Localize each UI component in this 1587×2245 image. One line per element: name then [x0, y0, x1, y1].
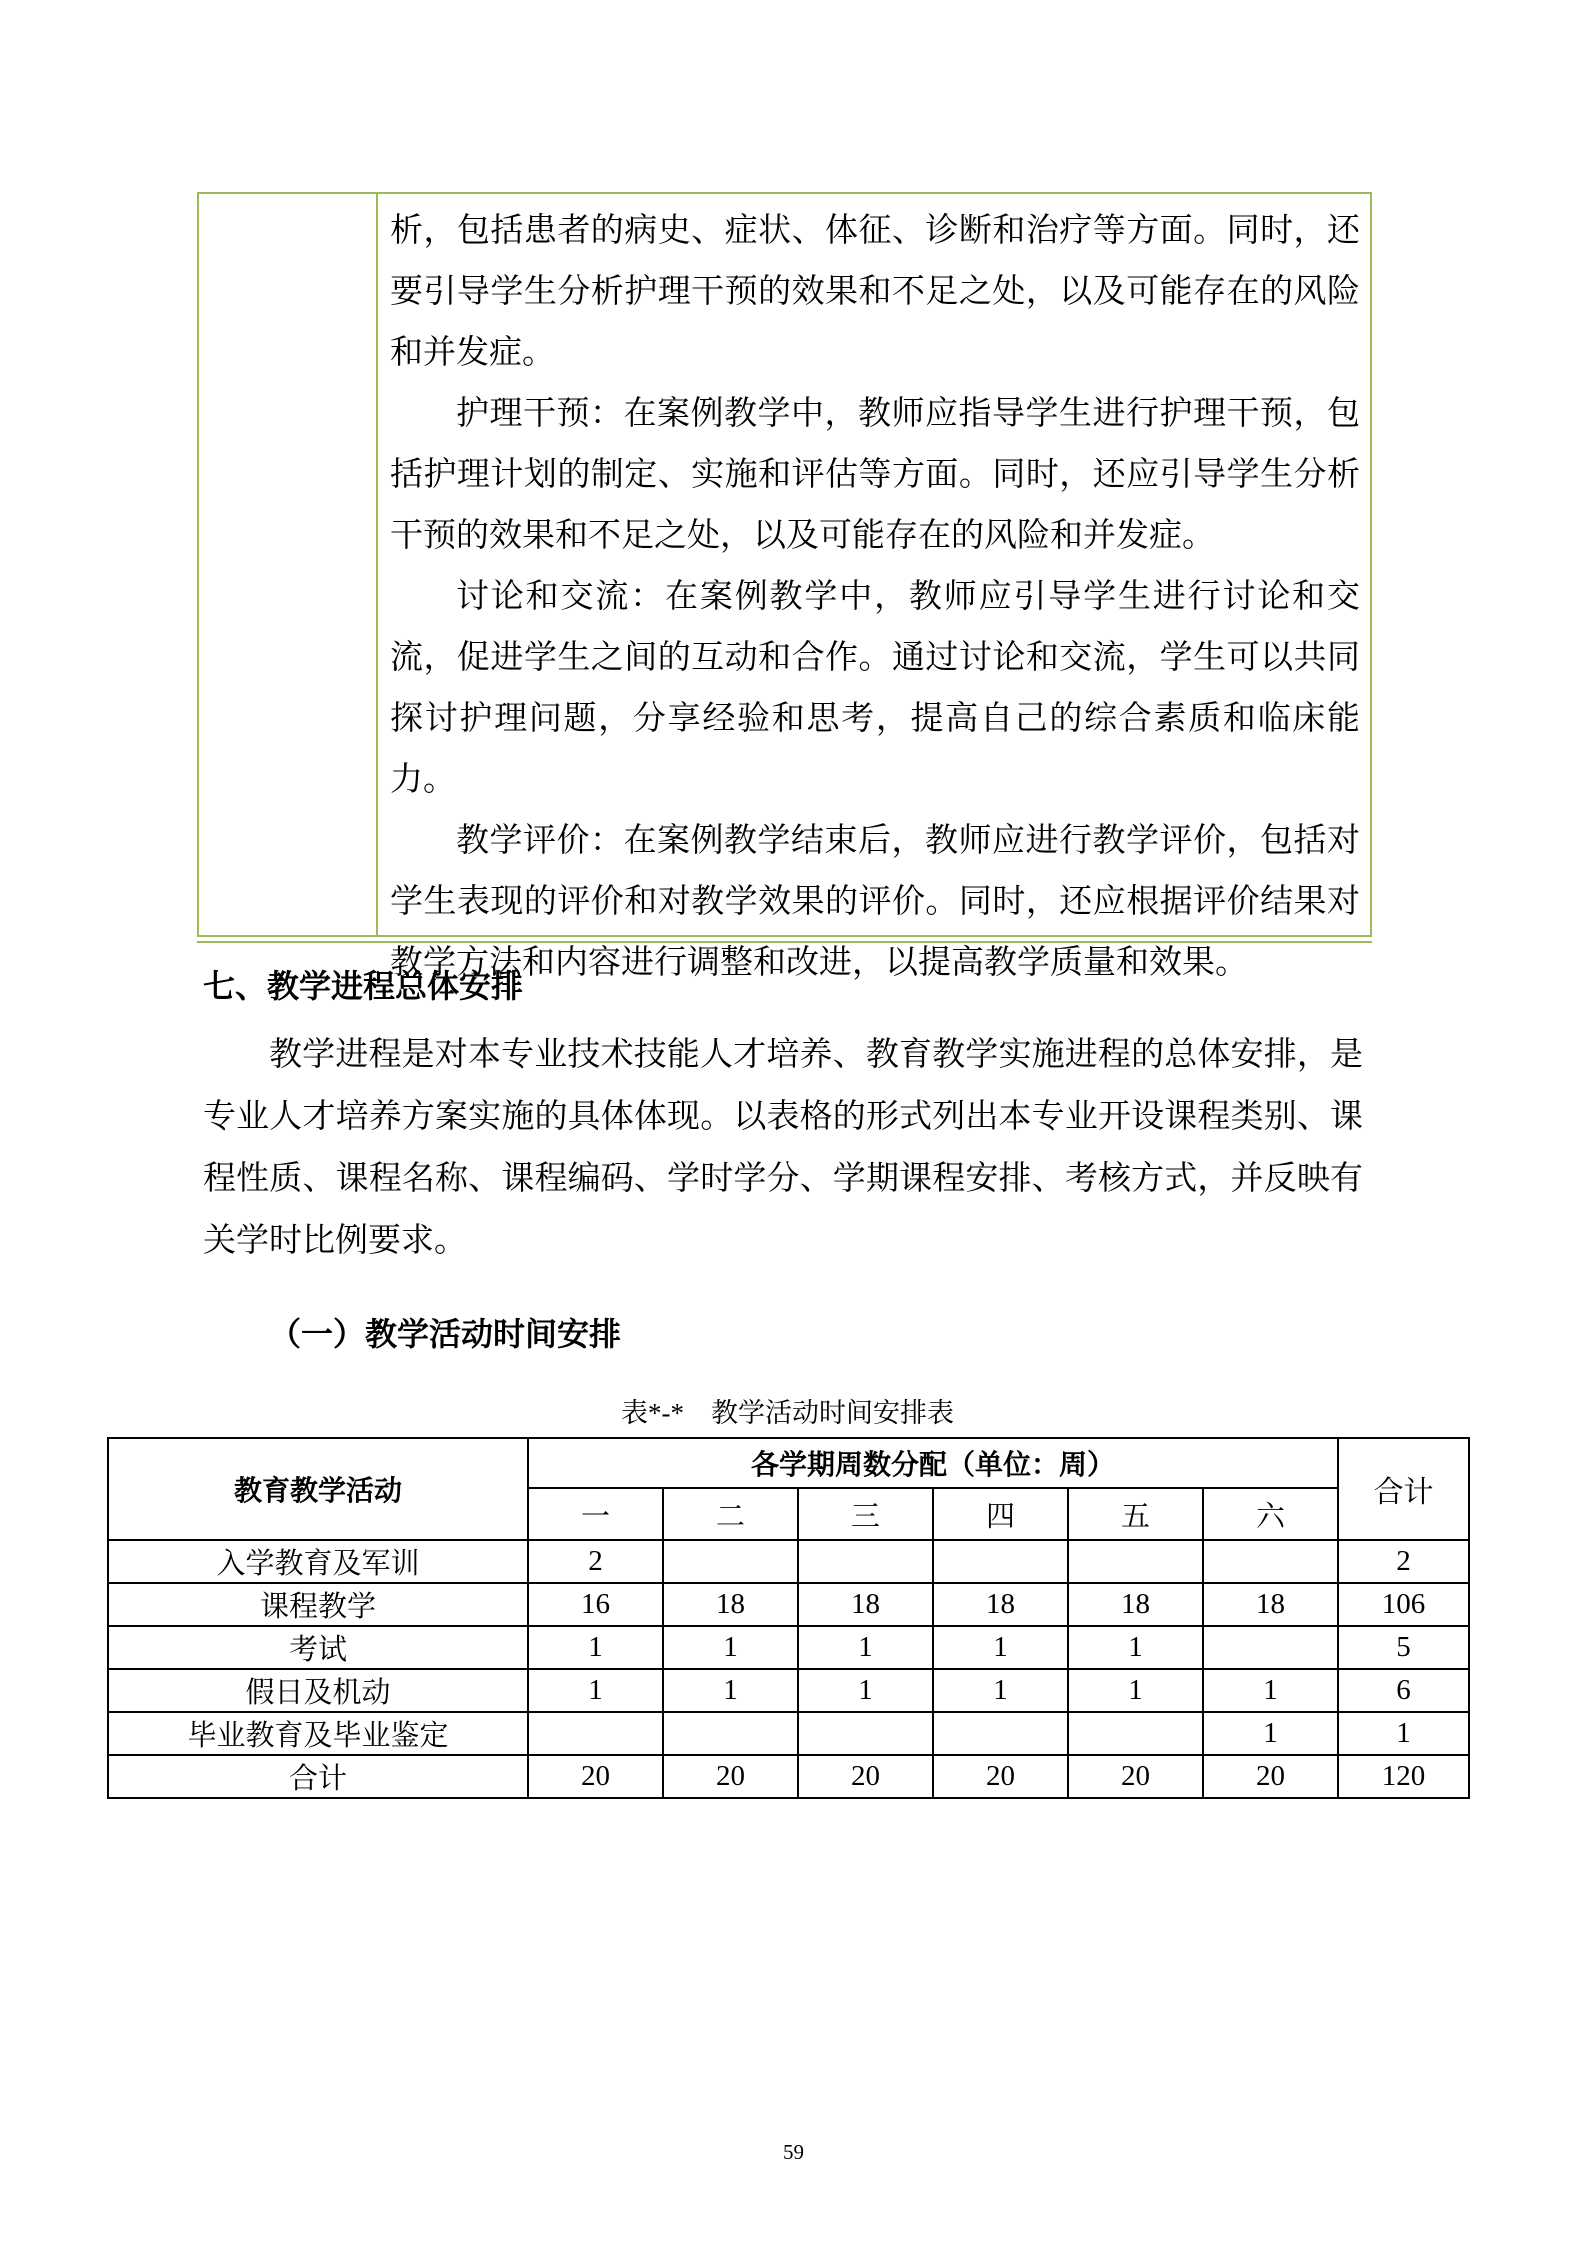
cell: 18 — [663, 1583, 798, 1626]
header-activity: 教育教学活动 — [108, 1438, 528, 1540]
cell: 20 — [528, 1755, 663, 1798]
header-semester-2: 二 — [663, 1488, 798, 1540]
header-semester-6: 六 — [1203, 1488, 1338, 1540]
header-semester-5: 五 — [1068, 1488, 1203, 1540]
row-total: 5 — [1338, 1626, 1469, 1669]
row-label: 课程教学 — [108, 1583, 528, 1626]
schedule-table: 教育教学活动 各学期周数分配（单位：周） 合计 一 二 三 四 五 六 入学教育… — [107, 1437, 1470, 1799]
cell: 1 — [933, 1626, 1068, 1669]
cell: 16 — [528, 1583, 663, 1626]
cell: 20 — [798, 1755, 933, 1798]
row-total: 120 — [1338, 1755, 1469, 1798]
cell: 1 — [1203, 1669, 1338, 1712]
cell — [663, 1712, 798, 1755]
section-heading: 七、教学进程总体安排 — [203, 964, 523, 1008]
cell: 1 — [798, 1626, 933, 1669]
table-row: 入学教育及军训 2 2 — [108, 1540, 1469, 1583]
row-total: 1 — [1338, 1712, 1469, 1755]
table-header-row-1: 教育教学活动 各学期周数分配（单位：周） 合计 — [108, 1438, 1469, 1488]
cell: 1 — [1068, 1669, 1203, 1712]
row-total: 106 — [1338, 1583, 1469, 1626]
cell: 18 — [798, 1583, 933, 1626]
page-number: 59 — [0, 2140, 1587, 2165]
cell: 1 — [1068, 1626, 1203, 1669]
cell — [798, 1712, 933, 1755]
cell — [1203, 1540, 1338, 1583]
case-teaching-table-fragment: 析，包括患者的病史、症状、体征、诊断和治疗等方面。同时，还要引导学生分析护理干预… — [197, 192, 1372, 937]
header-total: 合计 — [1338, 1438, 1469, 1540]
row-label: 合计 — [108, 1755, 528, 1798]
cell: 18 — [1203, 1583, 1338, 1626]
cell — [933, 1540, 1068, 1583]
section-body-paragraph: 教学进程是对本专业技术技能人才培养、教育教学实施进程的总体安排，是专业人才培养方… — [203, 1024, 1363, 1272]
table-row: 课程教学 16 18 18 18 18 18 106 — [108, 1583, 1469, 1626]
table-caption: 表*-* 教学活动时间安排表 — [107, 1396, 1468, 1430]
cell: 18 — [1068, 1583, 1203, 1626]
cell: 20 — [663, 1755, 798, 1798]
cell: 1 — [1203, 1712, 1338, 1755]
cell — [528, 1712, 663, 1755]
cell: 1 — [528, 1669, 663, 1712]
table-row: 考试 1 1 1 1 1 5 — [108, 1626, 1469, 1669]
box-paragraph-analysis: 析，包括患者的病史、症状、体征、诊断和治疗等方面。同时，还要引导学生分析护理干预… — [390, 201, 1360, 384]
cell: 20 — [1068, 1755, 1203, 1798]
header-semester-3: 三 — [798, 1488, 933, 1540]
cell — [1068, 1540, 1203, 1583]
row-total: 2 — [1338, 1540, 1469, 1583]
cell: 1 — [933, 1669, 1068, 1712]
cell: 20 — [933, 1755, 1068, 1798]
cell — [933, 1712, 1068, 1755]
subsection-heading: （一）教学活动时间安排 — [269, 1312, 621, 1356]
box-paragraph-nursing-intervention: 护理干预：在案例教学中，教师应指导学生进行护理干预，包括护理计划的制定、实施和评… — [390, 384, 1360, 567]
cell: 1 — [663, 1626, 798, 1669]
cell — [798, 1540, 933, 1583]
box-paragraph-discussion-exchange: 讨论和交流：在案例教学中，教师应引导学生进行讨论和交流，促进学生之间的互动和合作… — [390, 567, 1360, 811]
row-label: 毕业教育及毕业鉴定 — [108, 1712, 528, 1755]
table-fragment-column-divider — [376, 194, 378, 935]
cell: 1 — [528, 1626, 663, 1669]
cell: 1 — [798, 1669, 933, 1712]
cell: 1 — [663, 1669, 798, 1712]
table-row-totals: 合计 20 20 20 20 20 20 120 — [108, 1755, 1469, 1798]
row-label: 入学教育及军训 — [108, 1540, 528, 1583]
header-weeks-per-semester: 各学期周数分配（单位：周） — [528, 1438, 1338, 1488]
row-label: 假日及机动 — [108, 1669, 528, 1712]
table-fragment-bottom-rule — [197, 941, 1372, 943]
cell — [1068, 1712, 1203, 1755]
cell: 18 — [933, 1583, 1068, 1626]
cell: 20 — [1203, 1755, 1338, 1798]
row-total: 6 — [1338, 1669, 1469, 1712]
table-row: 毕业教育及毕业鉴定 1 1 — [108, 1712, 1469, 1755]
header-semester-4: 四 — [933, 1488, 1068, 1540]
table-row: 假日及机动 1 1 1 1 1 1 6 — [108, 1669, 1469, 1712]
row-label: 考试 — [108, 1626, 528, 1669]
cell — [663, 1540, 798, 1583]
box-paragraph-teaching-evaluation: 教学评价：在案例教学结束后，教师应进行教学评价，包括对学生表现的评价和对教学效果… — [390, 811, 1360, 994]
table-fragment-text-cell: 析，包括患者的病史、症状、体征、诊断和治疗等方面。同时，还要引导学生分析护理干预… — [390, 201, 1360, 994]
cell — [1203, 1626, 1338, 1669]
header-semester-1: 一 — [528, 1488, 663, 1540]
cell: 2 — [528, 1540, 663, 1583]
